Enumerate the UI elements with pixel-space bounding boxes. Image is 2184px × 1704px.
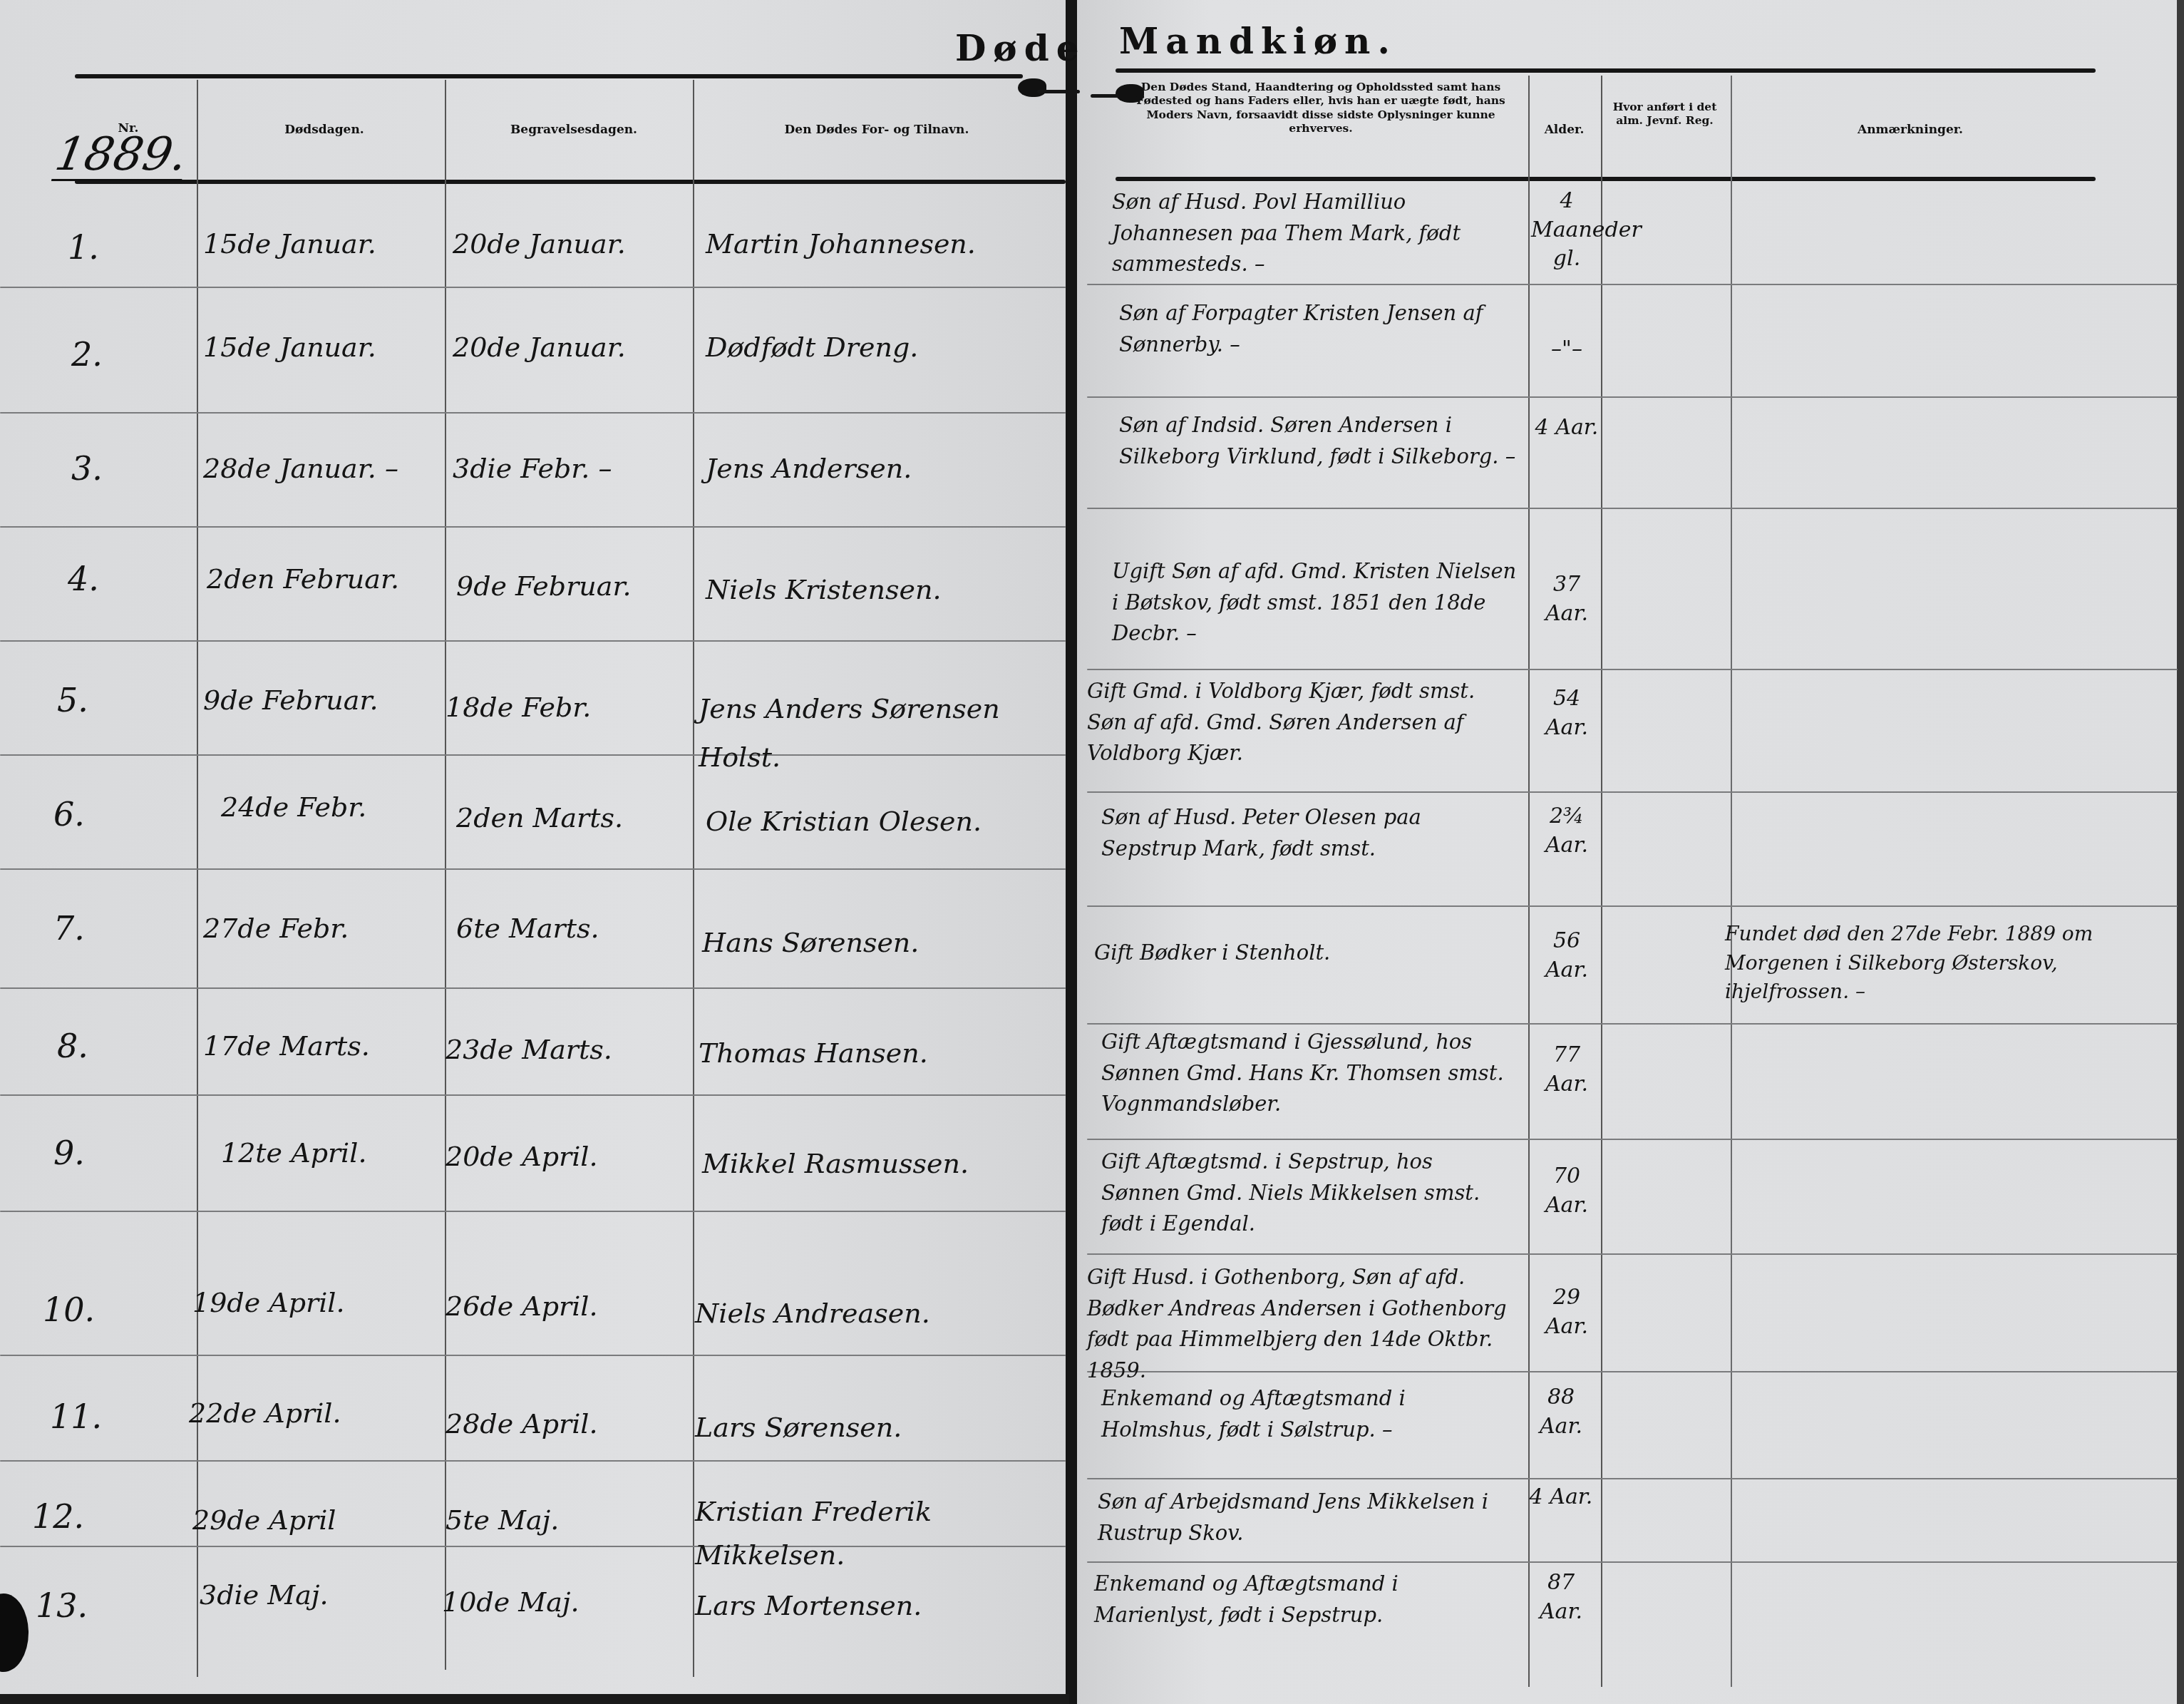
entry-nr: 6. [53, 795, 85, 833]
entry-status: Enkemand og Aftægtsmand i Holmshus, født… [1101, 1383, 1518, 1445]
column-divider [1528, 76, 1530, 1687]
entry-burial-date: 3die Febr. – [453, 453, 612, 484]
row-divider [0, 868, 1066, 870]
entry-age: 56 Aar. [1531, 927, 1602, 985]
entry-death-date: 15de Januar. [203, 228, 376, 260]
entry-age: –"– [1531, 335, 1602, 364]
page-edge [2177, 0, 2184, 1704]
book-gutter [1066, 0, 1077, 1704]
entry-age: 4 Aar. [1525, 1483, 1597, 1512]
entry-status: Gift Husd. i Gothenborg, Søn af afd. Bød… [1087, 1262, 1522, 1386]
entry-name: Thomas Hansen. [699, 1037, 928, 1069]
entry-age: 4 Aar. [1531, 414, 1602, 443]
row-divider [1087, 396, 2178, 398]
entry-name: Lars Sørensen. [695, 1412, 902, 1443]
entry-name: Jens Andersen. [706, 453, 912, 484]
row-divider [0, 1211, 1066, 1212]
entry-death-date: 24de Febr. [221, 791, 366, 823]
row-divider [0, 640, 1066, 642]
entry-burial-date: 20de Januar. [453, 332, 626, 363]
row-divider [0, 1460, 1066, 1462]
entry-death-date: 15de Januar. [203, 332, 376, 363]
entry-burial-date: 28de April. [445, 1408, 598, 1439]
entry-death-date: 9de Februar. [203, 684, 378, 716]
entry-status: Søn af Husd. Povl Hamilliuo Johannesen p… [1112, 187, 1518, 280]
row-divider [0, 287, 1066, 288]
entry-status: Søn af Indsid. Søren Andersen i Silkebor… [1119, 410, 1518, 472]
entry-age: 4 Maaneder gl. [1531, 187, 1602, 274]
pointing-hand-icon [1018, 78, 1046, 97]
column-divider [197, 80, 198, 1677]
entry-death-date: 27de Febr. [203, 913, 349, 944]
entry-death-date: 22de April. [189, 1397, 341, 1429]
row-divider [0, 526, 1066, 528]
header-top-rule-right [1116, 68, 2096, 73]
entry-name: Niels Andreasen. [695, 1298, 930, 1329]
entry-name: Niels Kristensen. [706, 574, 942, 605]
entry-burial-date: 23de Marts. [445, 1034, 612, 1065]
header-bottom-rule-left [75, 180, 1066, 184]
entry-name: Dødfødt Dreng. [706, 332, 918, 363]
row-divider [0, 987, 1066, 989]
heading-dode: Døde [955, 27, 1086, 69]
column-header-age: Alder. [1534, 123, 1595, 138]
entry-burial-date: 18de Febr. [445, 692, 591, 723]
entry-name: Martin Johannesen. [706, 228, 976, 260]
column-header-remarks: Anmærkninger. [1732, 123, 2088, 138]
entry-burial-date: 26de April. [445, 1290, 598, 1322]
entry-nr: 13. [36, 1586, 88, 1625]
column-header-name: Den Dødes For- og Tilnavn. [699, 123, 1055, 138]
heading-mandkion: Mandkiøn. [1119, 20, 1397, 62]
entry-burial-date: 10de Maj. [442, 1586, 580, 1618]
entry-nr: 2. [71, 335, 103, 374]
column-divider [693, 80, 694, 1677]
entry-nr: 10. [43, 1290, 95, 1329]
entry-age: 29 Aar. [1531, 1283, 1602, 1341]
row-divider [0, 1094, 1066, 1096]
entry-status: Gift Aftægtsmd. i Sepstrup, hos Sønnen G… [1101, 1146, 1515, 1240]
row-divider [1087, 1478, 2178, 1479]
row-divider [1087, 1253, 2178, 1255]
entry-death-date: 28de Januar. – [203, 453, 398, 484]
entry-burial-date: 20de Januar. [453, 228, 626, 260]
entry-age: 54 Aar. [1531, 684, 1602, 742]
entry-nr: 8. [57, 1027, 88, 1065]
entry-death-date: 2den Februar. [207, 563, 399, 595]
entry-nr: 7. [53, 909, 85, 948]
column-divider [1731, 76, 1732, 1687]
entry-name: Ole Kristian Olesen. [706, 806, 982, 837]
column-header-status: Den Dødes Stand, Haandtering og Opholdss… [1118, 80, 1524, 135]
entry-nr: 5. [57, 681, 88, 719]
entry-status: Søn af Husd. Peter Olesen paa Sepstrup M… [1101, 802, 1522, 864]
entry-burial-date: 6te Marts. [456, 913, 599, 944]
row-divider [0, 412, 1066, 414]
pointer-stem [1037, 90, 1080, 93]
row-divider [0, 1355, 1066, 1356]
pointer-stem [1091, 94, 1119, 98]
entry-name: Hans Sørensen. [702, 927, 919, 958]
entry-status: Enkemand og Aftægtsmand i Marienlyst, fø… [1094, 1569, 1518, 1631]
entry-death-date: 3die Maj. [200, 1579, 329, 1611]
row-divider [1087, 1561, 2178, 1563]
entry-status: Søn af Arbejdsmand Jens Mikkelsen i Rust… [1098, 1487, 1518, 1549]
entry-age: 88 Aar. [1525, 1383, 1597, 1441]
entry-name: Mikkel Rasmussen. [702, 1148, 969, 1179]
entry-nr: 1. [68, 228, 99, 267]
entry-nr: 9. [53, 1134, 85, 1172]
row-divider [1087, 669, 2178, 670]
row-divider [1087, 284, 2178, 285]
entry-burial-date: 2den Marts. [456, 802, 623, 833]
entry-name: Kristian Frederik Mikkelsen. [695, 1490, 1037, 1577]
entry-name: Jens Anders Sørensen Holst. [699, 684, 1041, 782]
page-bottom-edge [0, 1694, 1069, 1704]
entry-death-date: 29de April [192, 1504, 336, 1536]
column-header-death-date: Dødsdagen. [200, 123, 449, 138]
entry-age: 37 Aar. [1531, 570, 1602, 628]
entry-status: Gift Bødker i Stenholt. [1094, 938, 1515, 969]
entry-name: Lars Mortensen. [695, 1590, 922, 1621]
entry-death-date: 12te April. [221, 1137, 367, 1169]
entry-nr: 3. [71, 449, 103, 488]
entry-nr: 11. [50, 1397, 102, 1436]
row-divider [1087, 1023, 2178, 1025]
year-label: 1889. [51, 132, 190, 181]
entry-status: Ugift Søn af afd. Gmd. Kristen Nielsen i… [1112, 556, 1522, 650]
entry-burial-date: 9de Februar. [456, 570, 632, 602]
row-divider [1087, 508, 2178, 509]
entry-age: 87 Aar. [1525, 1569, 1597, 1626]
header-top-rule-left [75, 74, 1023, 78]
entry-age: 77 Aar. [1531, 1041, 1602, 1099]
entry-burial-date: 5te Maj. [445, 1504, 559, 1536]
entry-age: 70 Aar. [1531, 1162, 1602, 1220]
entry-status: Gift Gmd. i Voldborg Kjær, født smst. Sø… [1087, 676, 1515, 769]
entry-remarks: Fundet død den 27de Febr. 1889 om Morgen… [1725, 920, 2153, 1007]
entry-burial-date: 20de April. [445, 1141, 598, 1172]
entry-age: 2¾ Aar. [1531, 802, 1602, 860]
entry-death-date: 19de April. [192, 1287, 345, 1318]
entry-status: Søn af Forpagter Kristen Jensen af Sønne… [1119, 298, 1518, 360]
row-divider [1087, 905, 2178, 907]
row-divider [1087, 791, 2178, 793]
entry-death-date: 17de Marts. [203, 1030, 370, 1062]
entry-nr: 4. [68, 560, 99, 598]
row-divider [1087, 1139, 2178, 1140]
column-header-burial-date: Begravelsesdagen. [449, 123, 699, 138]
column-header-register-ref: Hvor anført i det alm. Jevnf. Reg. [1602, 100, 1727, 128]
entry-nr: 12. [32, 1497, 84, 1536]
column-divider [1601, 76, 1602, 1687]
header-bottom-rule-right [1116, 177, 2096, 181]
entry-status: Gift Aftægtsmand i Gjessølund, hos Sønne… [1101, 1027, 1518, 1120]
